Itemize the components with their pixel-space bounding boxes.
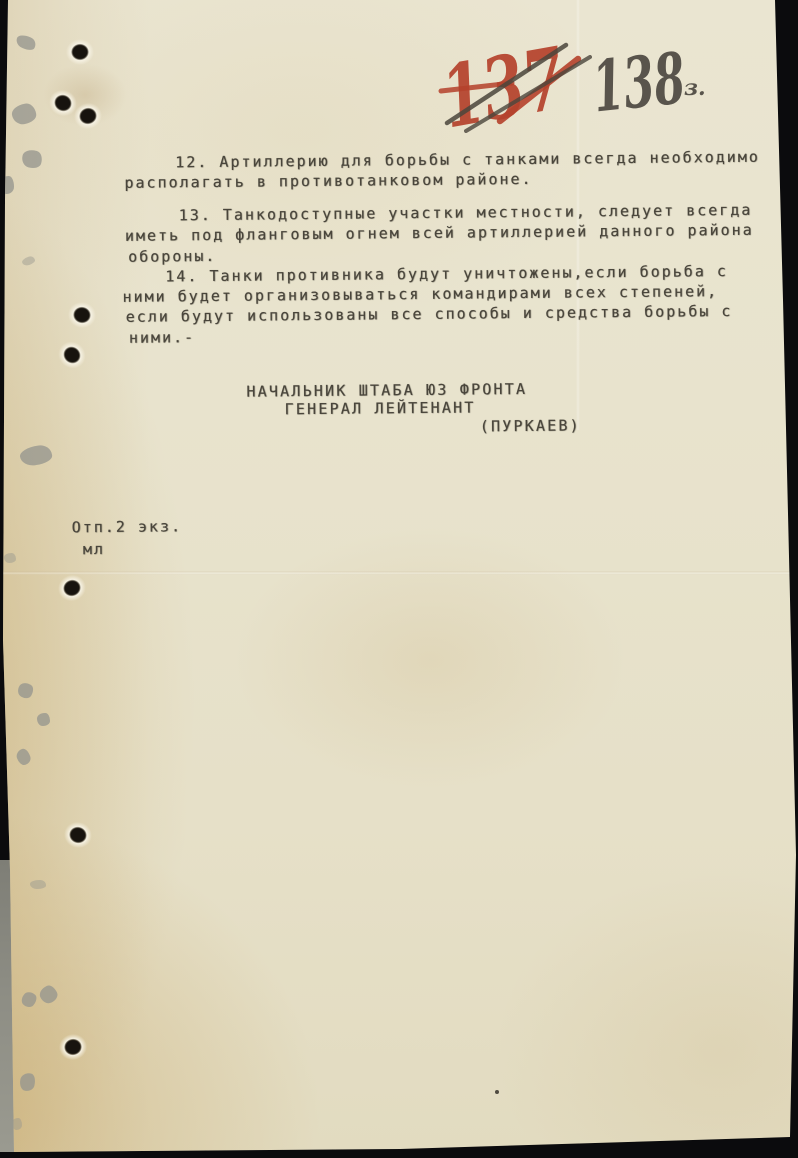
typed-line: 12. Артиллерию для борьбы с танками всег… xyxy=(175,147,760,173)
typed-text-block: 12. Артиллерию для борьбы с танками всег… xyxy=(0,0,798,1158)
page-number-current: 138 xyxy=(589,36,689,128)
page-number-suffix: з. xyxy=(684,75,706,101)
page-number-annotations: 137 138 з. xyxy=(420,15,740,140)
typed-line: обороны. xyxy=(128,246,216,267)
typist-initials: мл xyxy=(83,539,105,559)
signature-rank-line: ГЕНЕРАЛ ЛЕЙТЕНАНТ xyxy=(285,397,476,419)
scanned-document-page: 12. Артиллерию для борьбы с танками всег… xyxy=(0,0,798,1158)
paper-sheet: 12. Артиллерию для борьбы с танками всег… xyxy=(0,0,798,1158)
typed-line: располагать в противотанковом районе. xyxy=(124,169,532,193)
copies-note: Отп.2 экз. xyxy=(72,516,182,537)
typed-line: ними.- xyxy=(129,327,195,348)
signature-name: (ПУРКАЕВ) xyxy=(480,415,581,436)
